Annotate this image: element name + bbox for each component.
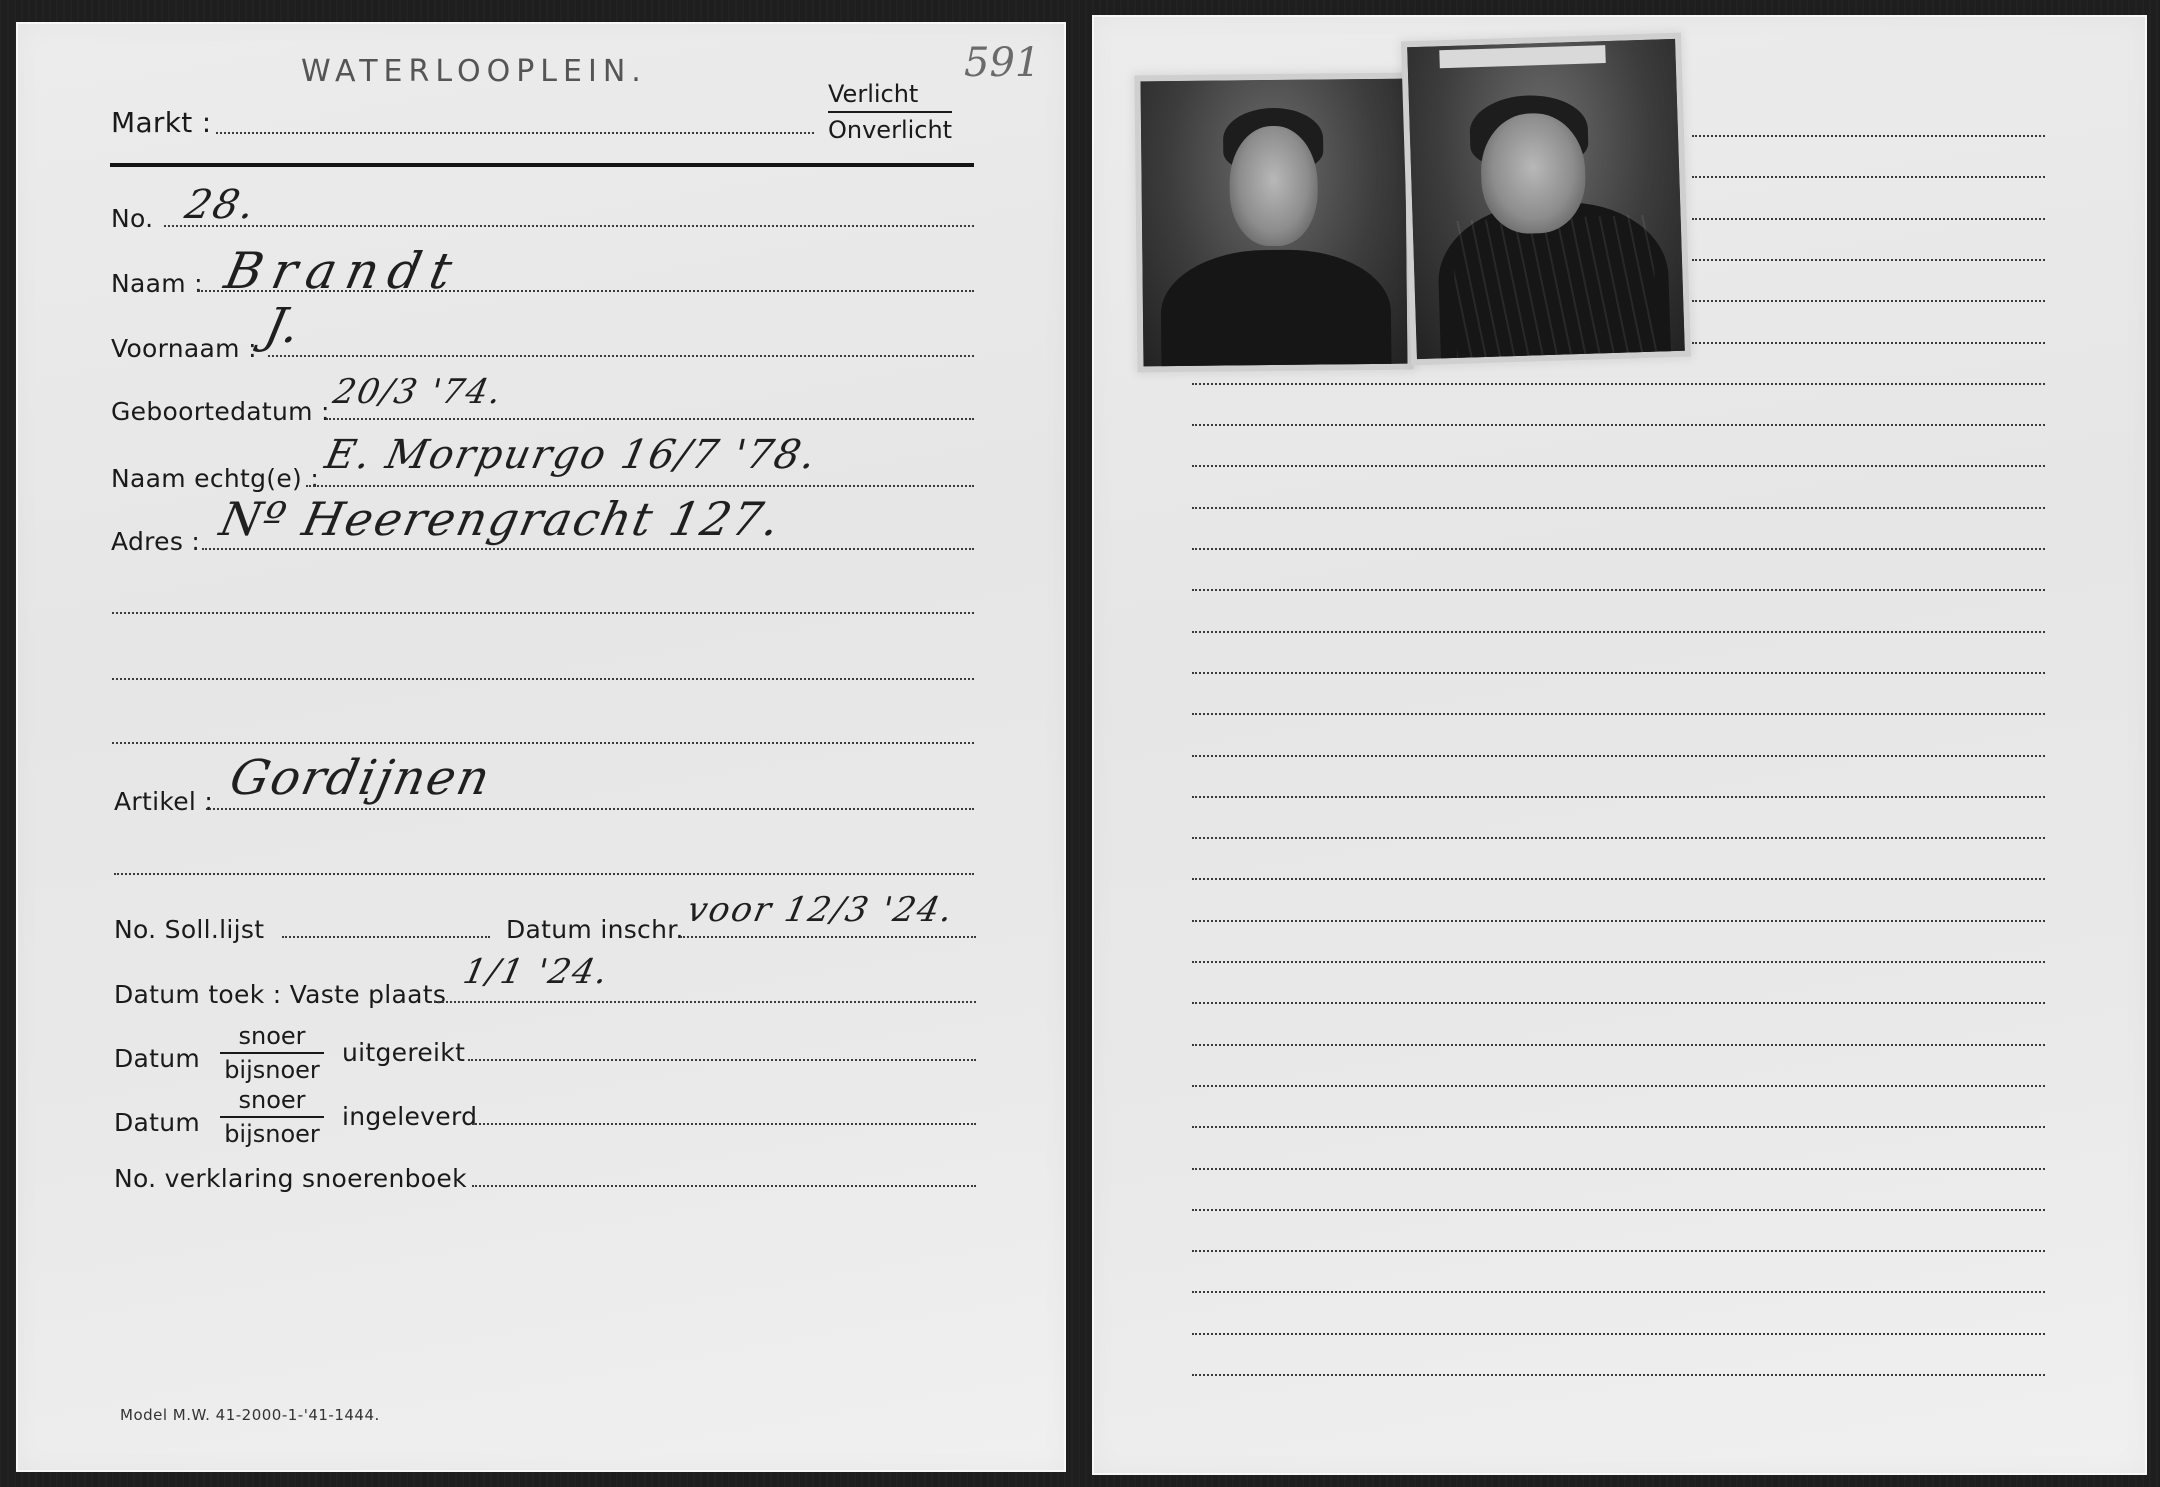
datum-inschr-value: voor 12/3 '24. [684,890,958,930]
ruled-line [1192,961,2045,963]
ruled-line [1192,383,2045,385]
model-footnote: Model M.W. 41-2000-1-'41-1444. [120,1406,380,1424]
snoer-ingeleverd-prefix: Datum [114,1108,200,1137]
naam-echtgenote-label: Naam echtg(e) : [111,464,319,493]
ruled-line [1192,796,2045,798]
artikel-line-2 [114,873,974,875]
artikel-value: Gordijnen [225,750,496,806]
bijsnoer-label: bijsnoer [220,1118,324,1148]
verklaring-label: No. verklaring snoerenboek [114,1164,467,1193]
lighting-choice: Verlicht Onverlicht [828,80,952,144]
verlicht-option: Verlicht [828,80,952,113]
snoer-label: snoer [220,1022,324,1054]
ruled-line [1192,1374,2045,1376]
geboortedatum-label: Geboortedatum : [111,397,330,426]
ruled-line [1192,1250,2045,1252]
onverlicht-option: Onverlicht [828,113,952,144]
ruled-line [1192,672,2045,674]
adres-label: Adres : [111,527,200,556]
ruled-line [1692,218,2045,220]
snoer-ingeleverd-line [472,1123,976,1125]
ruled-line [1192,631,2045,633]
naam-label: Naam : [111,269,203,298]
artikel-line [206,808,974,810]
datum-inschr-label: Datum inschr. [506,915,684,944]
no-line [164,225,974,227]
ruled-line [1192,548,2045,550]
no-soll-lijst-label: No. Soll.lijst [114,915,264,944]
photo-man [1141,79,1408,367]
ruled-line [1192,878,2045,880]
datum-inschr-line [680,936,976,938]
ruled-line [1192,837,2045,839]
ruled-line [1692,300,2045,302]
datum-toek-label: Datum toek : Vaste plaats [114,980,446,1009]
ruled-line [1692,342,2045,344]
datum-toek-line [430,1001,976,1003]
verklaring-line [472,1185,976,1187]
ruled-line [1692,176,2045,178]
geboortedatum-value: 20/3 '74. [330,372,507,412]
naam-value: Brandt [220,242,467,300]
voornaam-value: J. [260,298,307,354]
snoer-uitgereikt-prefix: Datum [114,1044,200,1073]
card-back [1092,15,2147,1475]
ruled-line [1192,1085,2045,1087]
snoer-uitgereikt-fraction: snoer bijsnoer [220,1022,324,1084]
adres-line [202,548,974,550]
markt-label: Markt : [111,106,211,139]
card-front: WATERLOOPLEIN. 591 Markt : Verlicht Onve… [16,22,1066,1472]
ruled-line [1692,135,2045,137]
no-label: No. [111,204,153,233]
ruled-line [1192,755,2045,757]
ruled-line [1192,1044,2045,1046]
artikel-label: Artikel : [114,787,213,816]
corner-number: 591 [964,40,1040,86]
ruled-line [1192,465,2045,467]
ruled-line [1192,713,2045,715]
no-value: 28. [181,182,260,228]
markt-line [216,132,814,134]
ruled-line [1692,259,2045,261]
ruled-line [1192,920,2045,922]
adres-line-4 [112,742,974,744]
geboortedatum-line [326,418,974,420]
snoer-ingeleverd-fraction: snoer bijsnoer [220,1086,324,1148]
market-stamp-title: WATERLOOPLEIN. [301,54,647,89]
voornaam-line [268,355,974,357]
header-rule [110,163,974,167]
snoer-ingeleverd-suffix: ingeleverd [342,1102,477,1131]
ruled-line [1192,589,2045,591]
adres-line-2 [112,612,974,614]
snoer-uitgereikt-suffix: uitgereikt [342,1038,465,1067]
adres-line-3 [112,678,974,680]
ruled-line [1192,507,2045,509]
photo-woman [1407,39,1685,359]
ruled-line [1192,1333,2045,1335]
ruled-line [1192,1209,2045,1211]
voornaam-label: Voornaam : [111,334,257,363]
snoer-uitgereikt-line [468,1059,976,1061]
ruled-line [1192,1126,2045,1128]
ruled-line [1192,1168,2045,1170]
ruled-line [1192,1002,2045,1004]
no-soll-lijst-line [282,936,490,938]
ruled-line [1192,424,2045,426]
datum-toek-value: 1/1 '24. [460,952,613,992]
bijsnoer-label: bijsnoer [220,1054,324,1084]
naam-echtgenote-line [306,485,974,487]
snoer-label: snoer [220,1086,324,1118]
adres-value: Nº Heerengracht 127. [215,492,786,546]
ruled-line [1192,1291,2045,1293]
naam-echtgenote-value: E. Morpurgo 16/7 '78. [321,432,822,478]
